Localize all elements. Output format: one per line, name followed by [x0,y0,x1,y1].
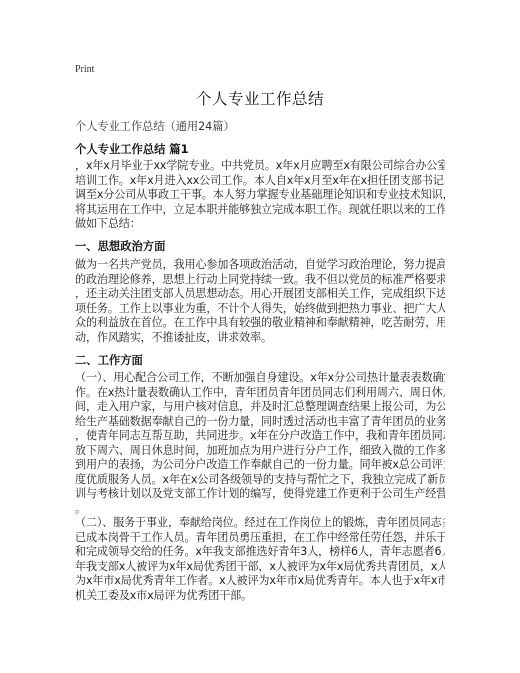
text-line: ，使青年同志互帮互助，共同进步。x年在分户改造工作中，我和青年团员同志们 [75,429,445,444]
document-title: 个人专业工作总结 [75,87,445,109]
work-paragraph-2: （二）、服务于事业，奉献给岗位。经过在工作岗位上的锻炼，青年团员同志多数 已成本… [75,516,445,603]
text-line: 度优质服务人员。x年在x公司各级领导的支持与帮忙之下，我独立完成了新员工培 [75,473,445,488]
text-line: 间，走入用户家，与用户核对信息，并及时汇总整理调查结果上报公司，为公司带 [75,400,445,415]
text-line: 动，作风踏实，不推诿扯皮，讲求效率。 [75,331,445,346]
text-line: 做如下总结： [75,217,445,232]
print-label[interactable]: Print [75,64,94,75]
heading-work: 二、工作方面 [75,352,143,368]
text-line: 作。在x热计量表数确认工作中，青年团员青年团员同志们利用周六、周日休息时 [75,386,445,401]
text-line: 年我支部x人被评为x年x局优秀团干部，x人被评为x年x局优秀共青团员，x人被评 [75,560,445,575]
text-line: 众的利益放在首位。在工作中具有较强的敬业精神和奉献精神，吃苦耐劳，用心主 [75,316,445,331]
section-title: 个人专业工作总结 篇1 [75,141,188,157]
heading-politics: 一、思想政治方面 [75,238,165,254]
document-subtitle: 个人专业工作总结（通用24篇） [75,118,235,134]
politics-paragraph: 做为一名共产党员，我用心参加各项政治活动，自觉学习政治理论，努力提高自己 的政治… [75,258,445,345]
text-line: 调至x分公司从事政工干事。本人努力掌握专业基础理论知识和专业技术知识，并 [75,188,445,203]
text-line: 培训工作。x年x月进入xx公司工作。本人自x年x月至x年在x担任团支部书记，x年 [75,174,445,189]
text-line: ，x年x月毕业于xx学院专业。中共党员。x年x月应聘至x有限公司综合办公室从事 [75,159,445,174]
text-line: 。 [75,502,445,517]
text-line: （一）、用心配合公司工作，不断加强自身建设。x年x分公司热计量表表数确定工 [75,371,445,386]
text-line: 机关工委及x市x局评为优秀团干部。 [75,589,445,604]
text-line: 放下周六、周日休息时间，加班加点为用户进行分户工作，细致入微的工作多次得 [75,444,445,459]
text-line: 给生产基础数据奉献自己的一份力量，同时透过活动也丰富了青年团员的业务知识 [75,415,445,430]
text-line: 和完成领导交给的任务。x年我支部推选好青年3人，榜样6人，青年志愿者6人。x [75,545,445,560]
text-line: 项任务。工作上以事业为重，不计个人得失，始终做到把热力事业、把广大人民群 [75,302,445,317]
text-line: 已成本岗骨干工作人员。青年团员勇压重担，在工作中经常任劳任怨，并乐于理解 [75,531,445,546]
intro-paragraph: ，x年x月毕业于xx学院专业。中共党员。x年x月应聘至x有限公司综合办公室从事 … [75,159,445,232]
text-line: 训与考核计划以及党支部工作计划的编写，使得党建工作更利于公司生产经营活动 [75,487,445,502]
text-line: 为x年市x局优秀青年工作者。x人被评为x年市x局优秀青年。本人也于x年x市市直 [75,574,445,589]
text-line: 的政治理论修养，思想上行动上同党持续一致。我不但以党员的标准严格要求自己 [75,273,445,288]
text-line: 做为一名共产党员，我用心参加各项政治活动，自觉学习政治理论，努力提高自己 [75,258,445,273]
text-line: （二）、服务于事业，奉献给岗位。经过在工作岗位上的锻炼，青年团员同志多数 [75,516,445,531]
text-line: 到用户的表扬，为公司分户改造工作奉献自己的一份力量。同年被x总公司评为x年 [75,458,445,473]
text-line: 将其运用在工作中，立足本职并能够独立完成本职工作。现就任职以来的工作状况 [75,203,445,218]
work-paragraph-1: （一）、用心配合公司工作，不断加强自身建设。x年x分公司热计量表表数确定工 作。… [75,371,445,516]
text-line: ，还主动关注团支部人员思想动态。用心开展团支部相关工作，完成组织下达的各 [75,287,445,302]
